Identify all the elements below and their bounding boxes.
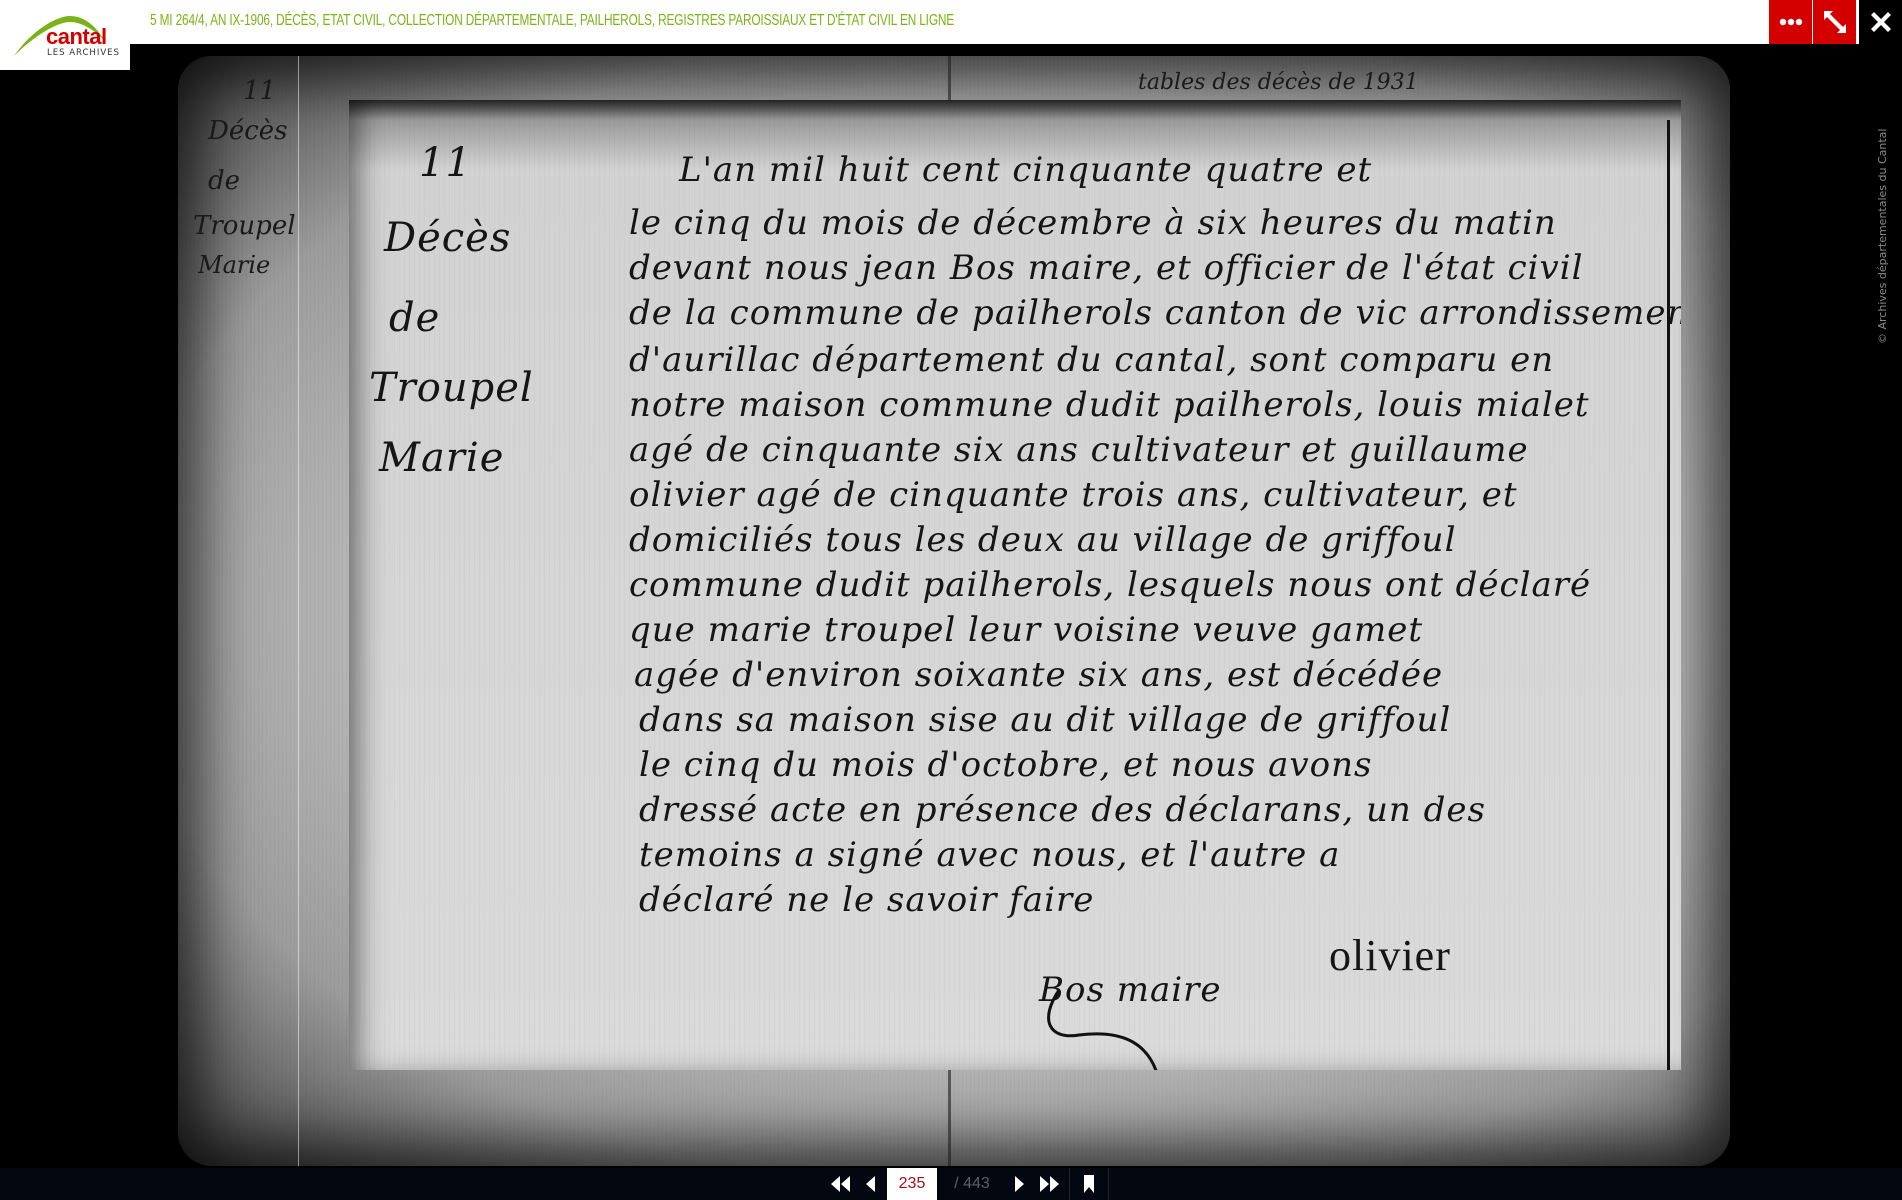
previous-page-button[interactable] bbox=[855, 1168, 885, 1200]
margin-entry-word: Troupel bbox=[369, 365, 534, 411]
record-line: olivier agé de cinquante trois ans, cult… bbox=[629, 475, 1518, 515]
next-page-icon bbox=[1014, 1175, 1026, 1193]
margin-entry-number: 11 bbox=[419, 140, 472, 186]
margin-entry-word: Marie bbox=[379, 435, 504, 481]
scan-margin-word: Décès bbox=[208, 116, 288, 146]
logo-subtitle: LES ARCHIVES bbox=[47, 48, 120, 58]
page-border-line bbox=[1667, 120, 1670, 1070]
magnifier-panel[interactable]: 11 Décès de Troupel Marie L'an mil huit … bbox=[349, 100, 1681, 1070]
bookmark-button[interactable] bbox=[1074, 1168, 1104, 1200]
record-line: agée d'environ soixante six ans, est déc… bbox=[634, 655, 1443, 695]
expand-arrows-icon bbox=[1822, 9, 1848, 35]
margin-entry-word: Décès bbox=[384, 215, 511, 261]
pagination-bar: / 443 bbox=[0, 1168, 1902, 1200]
scan-margin-word: Marie bbox=[198, 251, 270, 279]
page-ruling-line bbox=[298, 56, 299, 1166]
current-page-input[interactable] bbox=[887, 1168, 937, 1200]
more-options-button[interactable] bbox=[1769, 0, 1812, 44]
scan-top-note: tables des décès de 1931 bbox=[1138, 70, 1419, 95]
divider bbox=[1108, 1168, 1109, 1200]
last-page-icon bbox=[1039, 1175, 1061, 1193]
first-page-icon bbox=[829, 1175, 851, 1193]
record-line: le cinq du mois d'octobre, et nous avons bbox=[639, 745, 1372, 785]
record-line: commune dudit pailherols, lesquels nous … bbox=[629, 565, 1591, 605]
record-line: L'an mil huit cent cinquante quatre et bbox=[679, 150, 1372, 190]
record-line: de la commune de pailherols canton de vi… bbox=[629, 293, 1681, 333]
witness-signature: olivier bbox=[1329, 930, 1451, 981]
record-line: notre maison commune dudit pailherols, l… bbox=[629, 385, 1590, 425]
record-line: temoins a signé avec nous, et l'autre a bbox=[639, 835, 1340, 875]
pager-controls: / 443 bbox=[825, 1168, 1113, 1200]
margin-entry-word: de bbox=[389, 295, 440, 341]
last-page-button[interactable] bbox=[1035, 1168, 1065, 1200]
record-line: dans sa maison sise au dit village de gr… bbox=[639, 700, 1451, 740]
record-line: agé de cinquante six ans cultivateur et … bbox=[629, 430, 1529, 470]
record-line: déclaré ne le savoir faire bbox=[639, 880, 1094, 920]
record-line: que marie troupel leur voisine veuve gam… bbox=[629, 610, 1423, 650]
scan-margin-word: Troupel bbox=[193, 211, 296, 241]
copyright-notice: © Archives départementales du Cantal bbox=[1876, 129, 1889, 344]
cantal-archives-logo[interactable]: cantal LES ARCHIVES bbox=[0, 0, 130, 70]
first-page-button[interactable] bbox=[825, 1168, 855, 1200]
previous-page-icon bbox=[864, 1175, 876, 1193]
close-x-icon bbox=[1870, 11, 1892, 33]
record-line: devant nous jean Bos maire, et officier … bbox=[629, 248, 1584, 288]
document-title: 5 MI 264/4, AN IX-1906, DÉCÈS, ETAT CIVI… bbox=[150, 12, 954, 30]
record-line: domiciliés tous les deux au village de g… bbox=[629, 520, 1456, 560]
scan-margin-word: de bbox=[208, 166, 240, 196]
bookmark-icon bbox=[1083, 1174, 1095, 1194]
record-line: dressé acte en présence des déclarans, u… bbox=[639, 790, 1486, 830]
ellipsis-icon bbox=[1779, 18, 1803, 26]
logo-name: cantal bbox=[46, 24, 107, 50]
header-bar: 5 MI 264/4, AN IX-1906, DÉCÈS, ETAT CIVI… bbox=[0, 0, 1902, 44]
image-viewer[interactable]: 11 Décès de Troupel Marie tables des déc… bbox=[0, 44, 1902, 1168]
close-button[interactable] bbox=[1859, 0, 1902, 44]
total-pages: / 443 bbox=[939, 1175, 1005, 1193]
divider bbox=[1069, 1168, 1070, 1200]
next-page-button[interactable] bbox=[1005, 1168, 1035, 1200]
fullscreen-button[interactable] bbox=[1813, 0, 1856, 44]
record-line: le cinq du mois de décembre à six heures… bbox=[629, 203, 1557, 243]
record-line: d'aurillac département du cantal, sont c… bbox=[629, 340, 1554, 380]
signature-flourish bbox=[1039, 980, 1179, 1070]
scan-margin-number: 11 bbox=[243, 76, 276, 106]
